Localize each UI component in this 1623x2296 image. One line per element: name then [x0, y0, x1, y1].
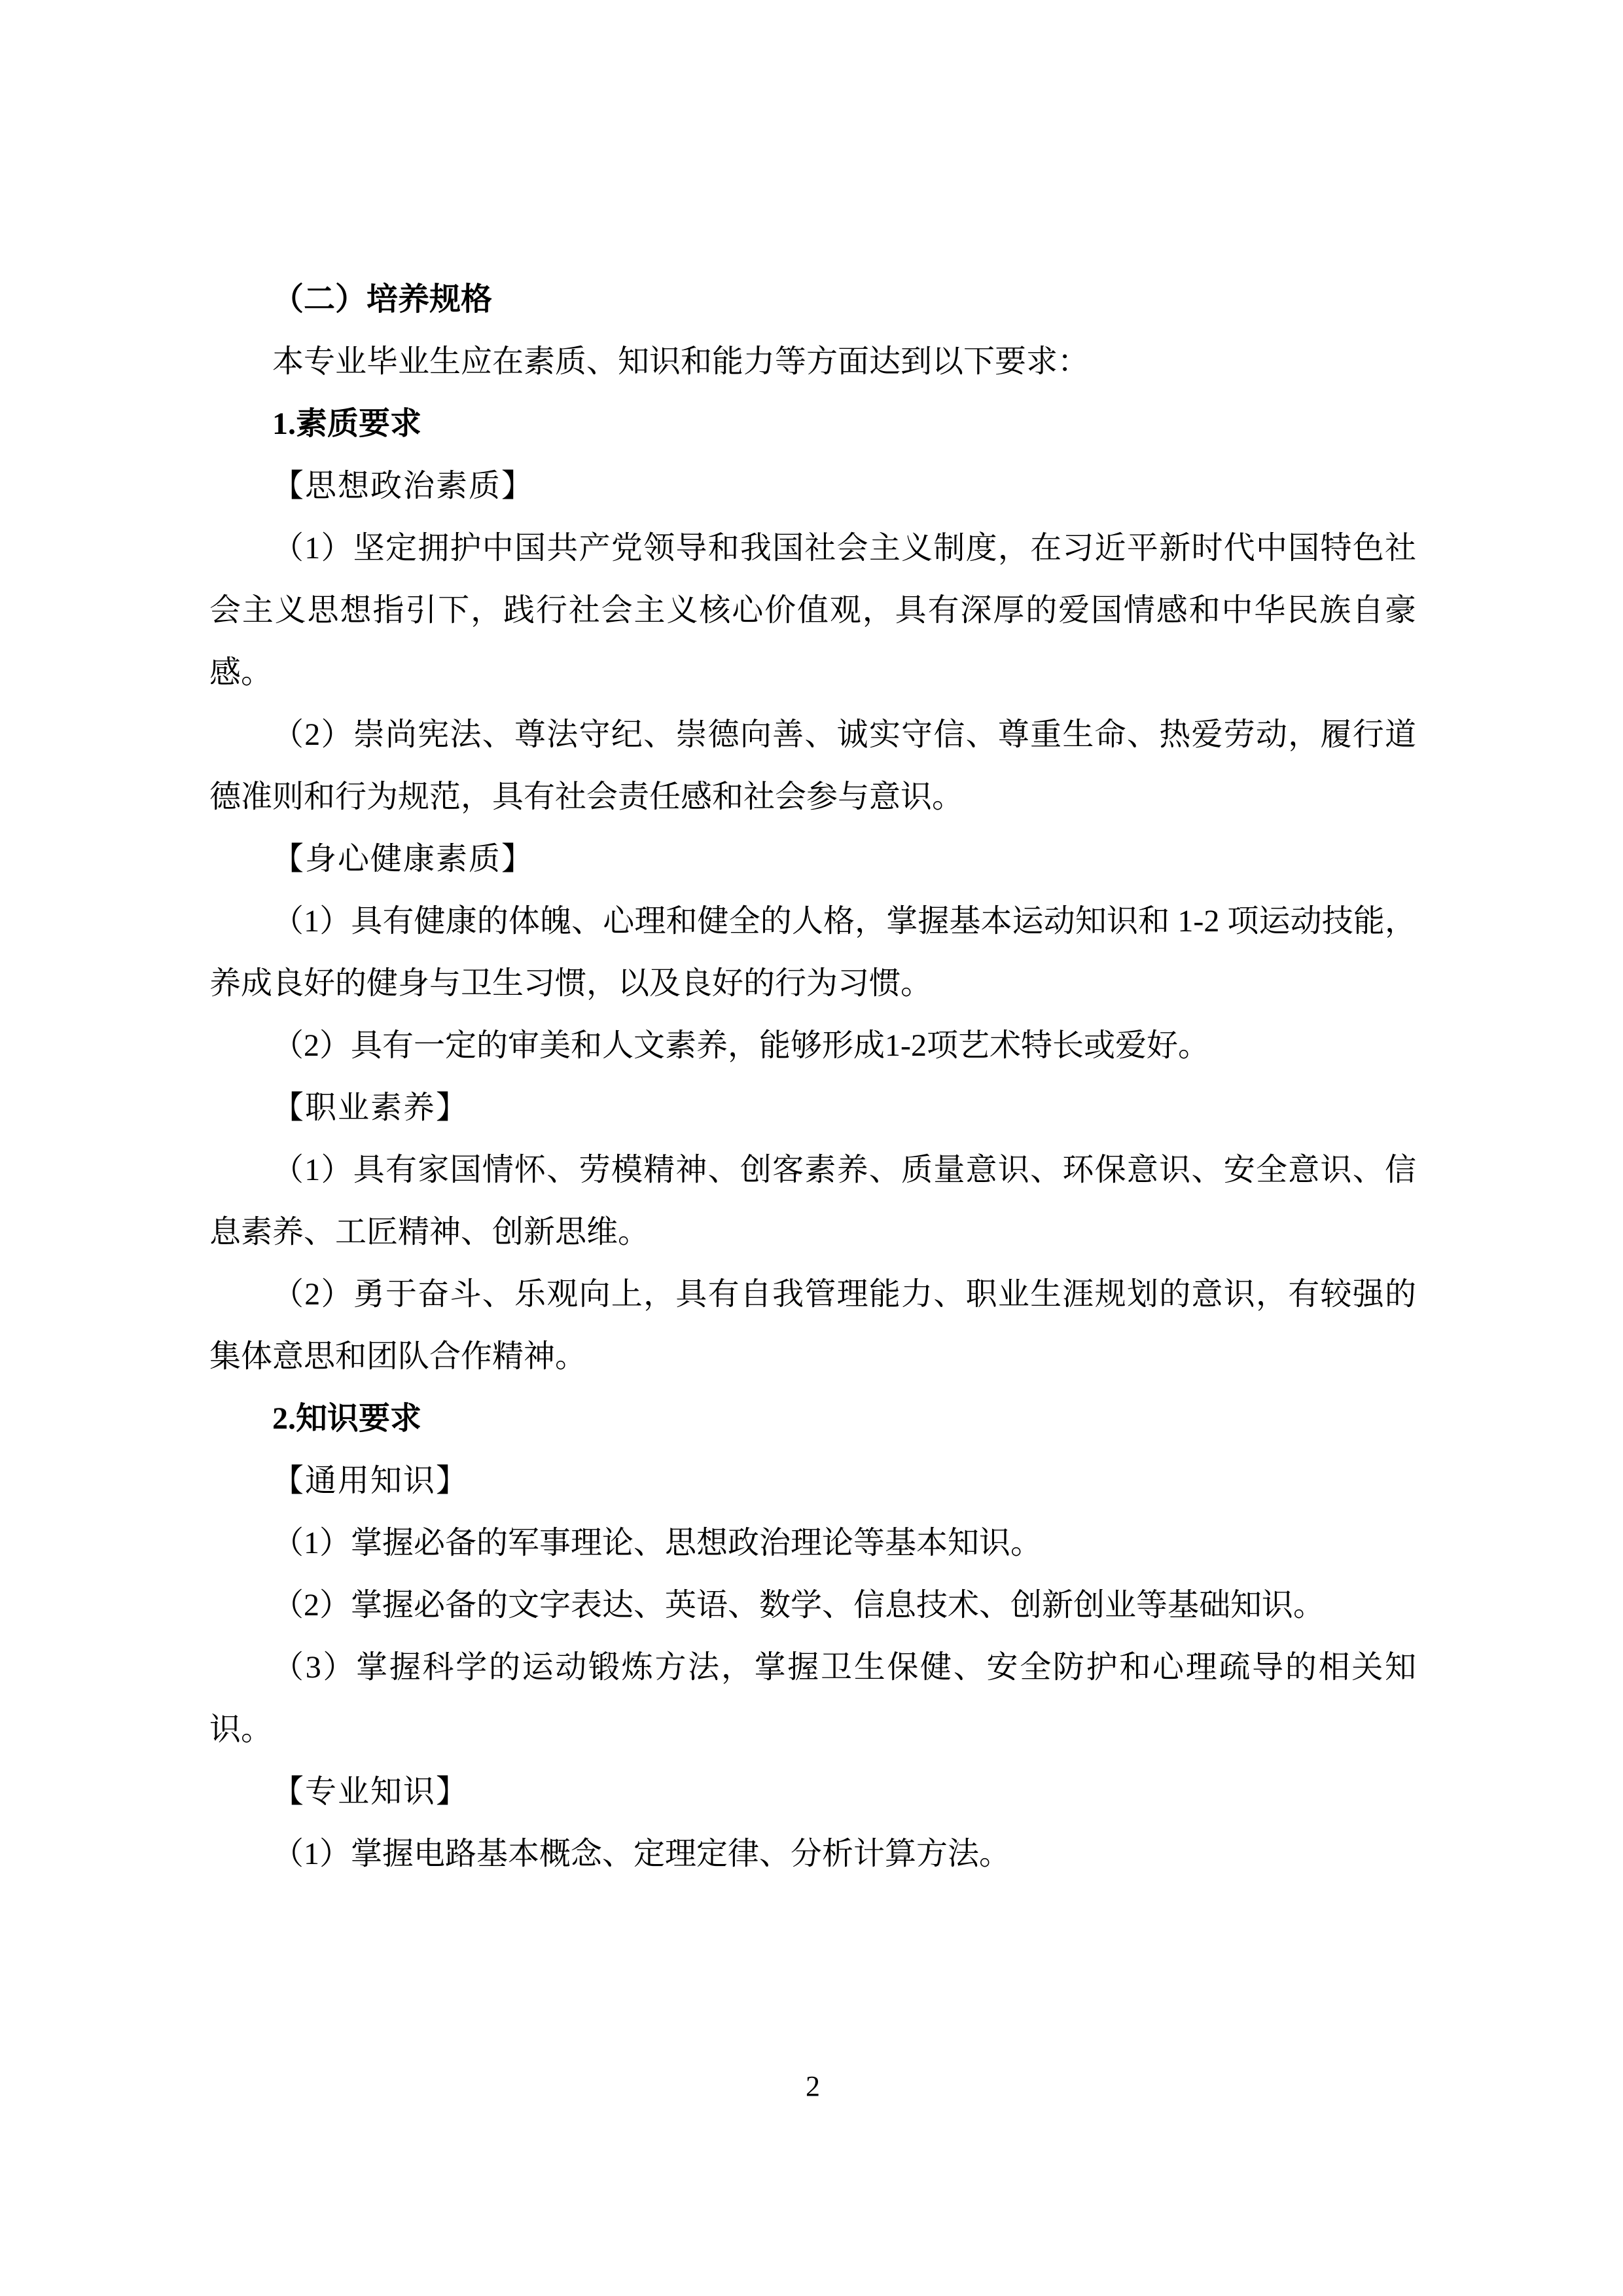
category-header: 【思想政治素质】	[209, 455, 1416, 517]
body-paragraph: （2）勇于奋斗、乐观向上，具有自我管理能力、职业生涯规划的意识，有较强的集体意思…	[209, 1263, 1416, 1388]
body-paragraph: （2）掌握必备的文字表达、英语、数学、信息技术、创新创业等基础知识。	[209, 1574, 1416, 1636]
document-page: （二）培养规格本专业毕业生应在素质、知识和能力等方面达到以下要求：1.素质要求【…	[0, 0, 1623, 2296]
section-heading: （二）培养规格	[209, 268, 1416, 331]
subsection-heading-2: 2.知识要求	[209, 1388, 1416, 1450]
body-paragraph: （1）具有家国情怀、劳模精神、创客素养、质量意识、环保意识、安全意识、信息素养、…	[209, 1139, 1416, 1263]
page-number: 2	[806, 2070, 820, 2102]
intro-paragraph: 本专业毕业生应在素质、知识和能力等方面达到以下要求：	[209, 331, 1416, 393]
body-paragraph: （1）坚定拥护中国共产党领导和我国社会主义制度，在习近平新时代中国特色社会主义思…	[209, 517, 1416, 704]
subsection-heading-1: 1.素质要求	[209, 393, 1416, 455]
body-paragraph: （1）掌握必备的军事理论、思想政治理论等基本知识。	[209, 1512, 1416, 1574]
body-paragraph: （1）掌握电路基本概念、定理定律、分析计算方法。	[209, 1823, 1416, 1885]
category-header: 【职业素养】	[209, 1077, 1416, 1139]
body-paragraph: （2）崇尚宪法、尊法守纪、崇德向善、诚实守信、尊重生命、热爱劳动，履行道德准则和…	[209, 704, 1416, 828]
page-footer: 2	[209, 2067, 1416, 2106]
body-paragraph: （1）具有健康的体魄、心理和健全的人格，掌握基本运动知识和 1-2 项运动技能，…	[209, 890, 1416, 1014]
body-paragraph: （2）具有一定的审美和人文素养，能够形成1-2项艺术特长或爱好。	[209, 1014, 1416, 1077]
body-paragraph: （3）掌握科学的运动锻炼方法，掌握卫生保健、安全防护和心理疏导的相关知识。	[209, 1636, 1416, 1761]
document-body: （二）培养规格本专业毕业生应在素质、知识和能力等方面达到以下要求：1.素质要求【…	[209, 268, 1416, 1885]
category-header: 【专业知识】	[209, 1761, 1416, 1823]
category-header: 【身心健康素质】	[209, 828, 1416, 890]
category-header: 【通用知识】	[209, 1450, 1416, 1512]
